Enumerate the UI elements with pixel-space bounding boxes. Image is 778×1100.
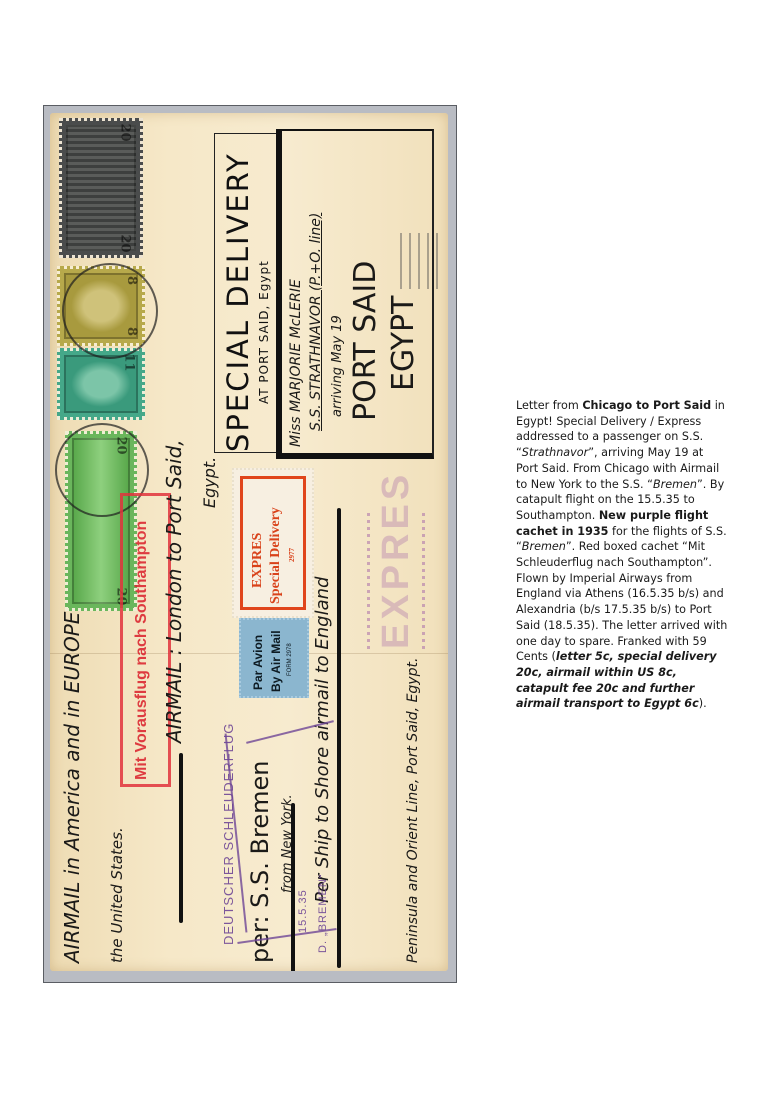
envelope-cover: 20 20 8 8 11 20 20 SPECIAL DELIVERY AT P… [50,113,448,971]
postmark [62,263,158,359]
pen-stroke [337,508,341,968]
11c-stamp: 11 [57,348,145,420]
address-ship: S.S. STRATHNAVOR (P.+O. line) [308,213,324,431]
address-arrival: arriving May 19 [330,315,345,417]
united-states-line: the United States. [108,827,126,963]
routing-london: AIRMAIL : London to Port Said, [162,439,186,743]
purple-expres-stamp: EXPRES [367,513,425,653]
special-delivery-box: SPECIAL DELIVERY AT PORT SAID, Egypt [214,133,280,453]
routing-egypt: Egypt. [200,457,219,508]
pen-stroke [291,803,295,971]
special-delivery-stamp: 20 20 [59,118,143,258]
special-delivery-subtitle: AT PORT SAID, Egypt [257,260,271,404]
address-country: EGYPT [386,296,421,391]
express-label: EXPRES Special Delivery 2977 [232,468,314,618]
address-name: Miss MARJORIE McLERIE [288,279,304,447]
address-box: Miss MARJORIE McLERIE S.S. STRATHNAVOR (… [276,129,434,459]
peninsula-orient-line: Peninsula and Orient Line, Port Said, Eg… [405,658,421,963]
pen-stroke [179,753,183,923]
airmail-heading: AIRMAIL in America and in EUROPE [60,612,84,963]
address-city: PORT SAID [348,261,383,421]
special-delivery-title: SPECIAL DELIVERY [221,152,255,452]
description-text: Letter from Chicago to Port Said in Egyp… [516,398,728,712]
purple-flight-cachet: DEUTSCHER SCHLEUDERFLUG 15.5.35 D. „BREM… [225,723,335,953]
par-avion-label: Par Avion By Air Mail FORM 2978 [239,618,309,698]
cancel-lines [400,233,444,289]
